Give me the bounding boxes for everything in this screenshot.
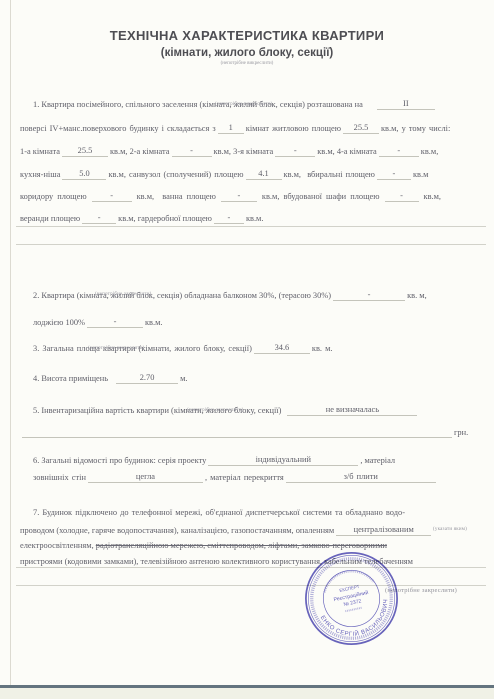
p6-line1-text: 6. Загальні відомості про будинок: серія… [33, 456, 206, 465]
room4-unit: кв.м, [421, 147, 439, 156]
wardrobe-built-area-value: - [385, 191, 419, 202]
p1-line2: поверсі ІV+манс.поверхового будинку і ск… [20, 123, 486, 134]
room1-unit: кв.м, [110, 147, 128, 156]
p6-line2: зовнішніх стінцегла, матеріал перекриття… [33, 472, 486, 483]
floors-material-value: з/б плити [286, 472, 436, 483]
p1-line2-text-b: кімнат житловою площею [246, 124, 341, 133]
room2-label: 2-а кімната [130, 147, 170, 156]
p1-line3: 1-а кімната25.5кв.м, 2-а кімната-кв.м, 3… [20, 146, 486, 157]
bathroom-unit: кв.м, [284, 170, 302, 179]
p5-text: 5. Інвентаризаційна вартість квартири (к… [33, 406, 281, 415]
blank-rule-3 [16, 567, 486, 568]
p2-line1-text: 2. Квартира (кімната, жилий блок, секція… [33, 291, 331, 300]
room4-area-value: - [379, 146, 419, 157]
p7-line1: 7. Будинок підключено до телефонної мере… [33, 508, 486, 518]
blank-rule-4 [16, 585, 486, 586]
wardrobe-built-label: кв.м, вбудованої шафи площею [262, 192, 380, 201]
bathroom-label: кв.м, санвузол (сполучений) площею [108, 170, 243, 179]
loggia-unit: кв.м. [145, 318, 163, 327]
currency-label: грн. [454, 428, 468, 437]
heating-type-value: централізованим [336, 525, 431, 536]
room3-label: 3-я кімната [233, 147, 273, 156]
p1-line2-text-a: поверсі ІV+манс.поверхового будинку і ск… [20, 124, 216, 133]
p3-note: (непотрібне закреслити) [88, 346, 144, 351]
p7-line3-text: електроосвітленням, [20, 541, 94, 550]
p6-line1: 6. Загальні відомості про будинок: серія… [33, 455, 486, 466]
document-header: ТЕХНІЧНА ХАРАКТЕРИСТИКА КВАРТИРИ (кімнат… [0, 28, 494, 66]
scan-bottom-strip [0, 688, 494, 699]
p7-line2: проводом (холодне, гаряче водопостачання… [20, 525, 486, 536]
stamp-small-text-line [345, 608, 362, 612]
room3-area-value: - [275, 146, 315, 157]
scan-left-edge [10, 0, 11, 686]
p1-line4: кухня-ніша5.0кв.м, санвузол (сполучений)… [20, 169, 486, 180]
p2-line1-unit: кв. м, [407, 291, 427, 300]
bath-label: ванна площею [162, 192, 216, 201]
page-subtitle: (кімнати, жилого блоку, секції) [0, 47, 494, 59]
p1-line5: коридору площею-кв.м, ванна площею-кв.м,… [20, 191, 486, 202]
p3-unit: кв. м. [312, 344, 333, 353]
lavatory-unit: кв.м [413, 170, 428, 179]
loggia-label: лоджією 100% [33, 318, 85, 327]
p1-line1-text: 1. Квартира посімейного, спільного засел… [33, 100, 363, 109]
loggia-area-value: - [87, 317, 143, 328]
room1-area-value: 25.5 [62, 146, 108, 157]
p4-unit: м. [180, 374, 187, 383]
p5-line2: грн. [20, 427, 486, 438]
room3-unit: кв.м, [317, 147, 335, 156]
p2-line2: лоджією 100%-кв.м. [33, 317, 486, 328]
p2-note: (непотрібне закреслити) [95, 292, 151, 297]
rooms-count-value: 1 [218, 123, 244, 134]
page-title: ТЕХНІЧНА ХАРАКТЕРИСТИКА КВАРТИРИ [0, 28, 494, 43]
dressing-unit: кв.м. [246, 214, 264, 223]
corridor-area-value: - [92, 191, 132, 202]
kitchen-label: кухня-ніша [20, 170, 60, 179]
room2-unit: кв.м, [214, 147, 232, 156]
blank-rule-2 [16, 244, 486, 245]
veranda-area-value: - [82, 213, 116, 224]
p7-struck-text: радіотрансляційною мережею, сміттєпровод… [96, 541, 387, 550]
p1-line2-text-c: кв.м, у тому числі: [381, 124, 450, 133]
document-page: ТЕХНІЧНА ХАРАКТЕРИСТИКА КВАРТИРИ (кімнат… [0, 0, 494, 699]
inventory-amount-blank [22, 427, 452, 438]
ceiling-height-value: 2.70 [116, 373, 178, 384]
p7-note: (указати яким) [433, 527, 467, 532]
p5-line1: 5. Інвентаризаційна вартість квартири (к… [33, 405, 486, 416]
bathroom-area-value: 4.1 [246, 169, 282, 180]
lavatory-area-value: - [377, 169, 411, 180]
total-area-value: 34.6 [254, 343, 310, 354]
bath-area-value: - [221, 191, 257, 202]
p7-line4: пристроями (кодовими замками), телевізій… [20, 557, 486, 567]
dressing-area-value: - [214, 213, 244, 224]
kitchen-area-value: 5.0 [62, 169, 106, 180]
floor-value: ІІ [377, 99, 435, 110]
living-area-value: 25.5 [343, 123, 379, 134]
room1-label: 1-а кімната [20, 147, 60, 156]
p1-line6: веранди площею-кв.м, гардеробної площею-… [20, 213, 486, 224]
walls-material-value: цегла [88, 472, 203, 483]
p1-note: (непотрібне викреслити) [215, 102, 272, 107]
balcony-area-value: - [333, 290, 405, 301]
registration-stamp: ЕНКО СЕРГІЙ ВАСИЛЬОВИЧ ЕКСПЕРТ Реєстраці… [294, 541, 409, 656]
p6-line1-text-b: , матеріал [360, 456, 395, 465]
corridor-unit: кв.м, [137, 192, 155, 201]
floors-label: , матеріал перекриття [205, 473, 284, 482]
inventory-value: не визначалась [287, 405, 417, 416]
blank-rule-1 [16, 226, 486, 227]
project-series-value: індивідуальний [208, 455, 358, 466]
p5-note: (непотрібне закреслити) [187, 408, 243, 413]
dressing-label: кв.м, гардеробної площею [118, 214, 212, 223]
p4-line: 4. Висота приміщень2.70м. [33, 373, 486, 384]
p7-line2-text: проводом (холодне, гаряче водопостачання… [20, 526, 334, 535]
room4-label: 4-а кімната [337, 147, 377, 156]
wardrobe-built-unit: кв.м, [424, 192, 442, 201]
lavatory-label: вбиральні площею [307, 170, 375, 179]
room2-area-value: - [172, 146, 212, 157]
veranda-label: веранди площею [20, 214, 80, 223]
walls-label: зовнішніх стін [33, 473, 86, 482]
p7-line3: електроосвітленням, радіотрансляційною м… [20, 541, 486, 551]
header-note: (непотрібне викреслити) [0, 61, 494, 66]
p4-text: 4. Висота приміщень [33, 374, 108, 383]
corridor-label: коридору площею [20, 192, 87, 201]
